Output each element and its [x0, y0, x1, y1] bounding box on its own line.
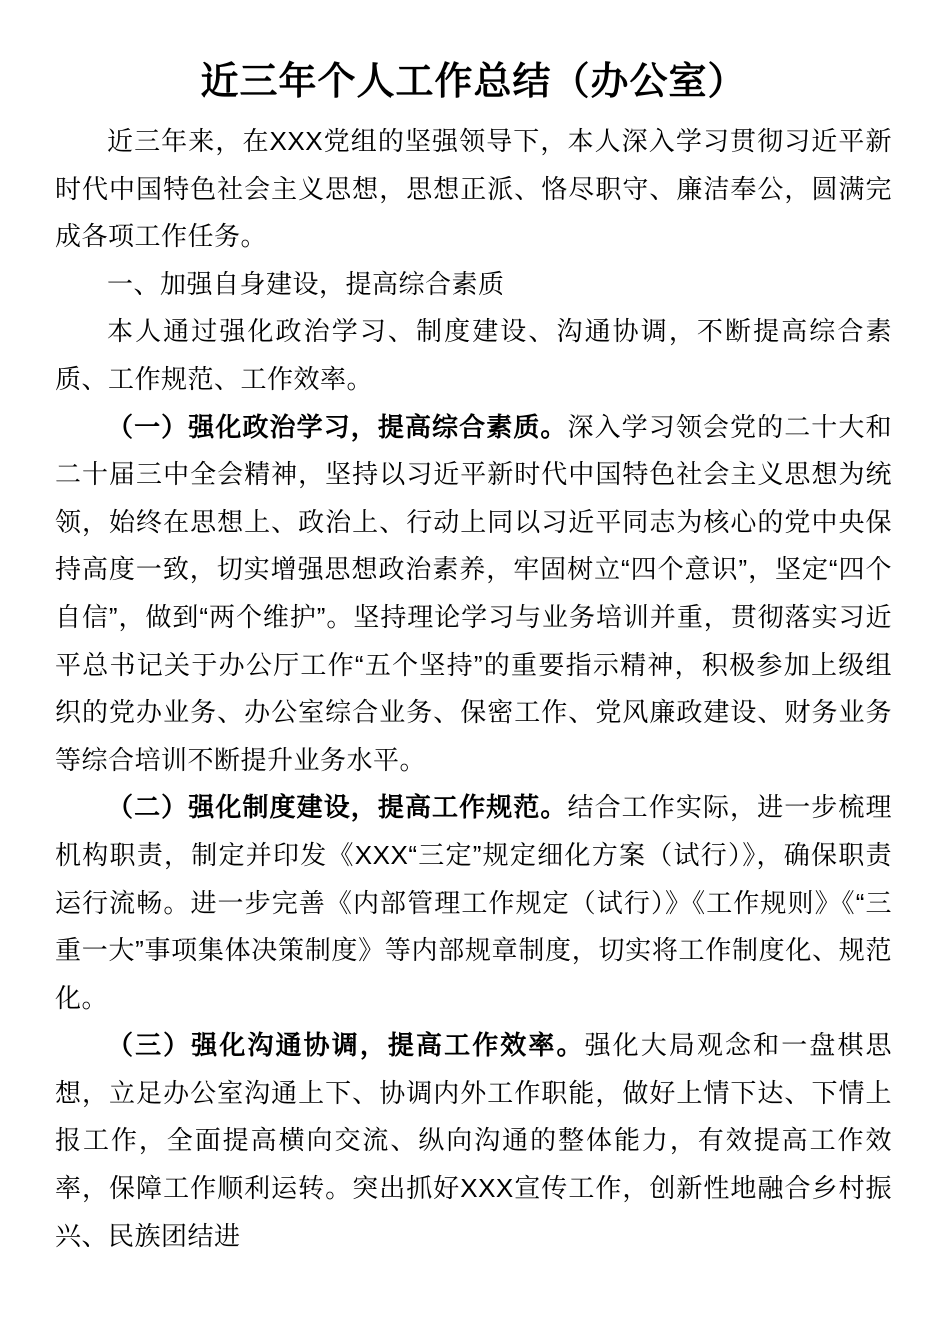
- body-paragraph: （一）强化政治学习，提高综合素质。深入学习领会党的二十大和二十届三中全会精神，坚…: [55, 404, 892, 785]
- body-paragraph: 近三年来，在XXX党组的坚强领导下，本人深入学习贯彻习近平新时代中国特色社会主义…: [55, 118, 892, 261]
- body-paragraph: 本人通过强化政治学习、制度建设、沟通协调，不断提高综合素质、工作规范、工作效率。: [55, 308, 892, 403]
- paragraph-text: 一、加强自身建设，提高综合素质: [107, 269, 505, 299]
- paragraph-text: 深入学习领会党的二十大和二十届三中全会精神，坚持以习近平新时代中国特色社会主义思…: [55, 412, 892, 775]
- paragraph-text: 强化大局观念和一盘棋思想，立足办公室沟通上下、协调内外工作职能，做好上情下达、下…: [55, 1030, 892, 1250]
- paragraph-lead-bold: （二）强化制度建设，提高工作规范。: [107, 792, 568, 822]
- paragraph-lead-bold: （三）强化沟通协调，提高工作效率。: [107, 1030, 585, 1060]
- document-body: 近三年来，在XXX党组的坚强领导下，本人深入学习贯彻习近平新时代中国特色社会主义…: [55, 118, 892, 1260]
- paragraph-lead-bold: （一）强化政治学习，提高综合素质。: [107, 412, 568, 442]
- paragraph-text: 近三年来，在XXX党组的坚强领导下，本人深入学习贯彻习近平新时代中国特色社会主义…: [55, 126, 892, 251]
- paragraph-text: 本人通过强化政治学习、制度建设、沟通协调，不断提高综合素质、工作规范、工作效率。: [55, 316, 892, 394]
- body-paragraph: （三）强化沟通协调，提高工作效率。强化大局观念和一盘棋思想，立足办公室沟通上下、…: [55, 1022, 892, 1260]
- document-page: 近三年个人工作总结（办公室） 近三年来，在XXX党组的坚强领导下，本人深入学习贯…: [0, 0, 950, 1344]
- body-paragraph: （二）强化制度建设，提高工作规范。结合工作实际，进一步梳理机构职责，制定并印发《…: [55, 784, 892, 1022]
- paragraph-text: 结合工作实际，进一步梳理机构职责，制定并印发《XXX“三定”规定细化方案（试行）…: [55, 792, 892, 1012]
- document-title: 近三年个人工作总结（办公室）: [55, 56, 892, 108]
- section-heading: 一、加强自身建设，提高综合素质: [55, 261, 892, 309]
